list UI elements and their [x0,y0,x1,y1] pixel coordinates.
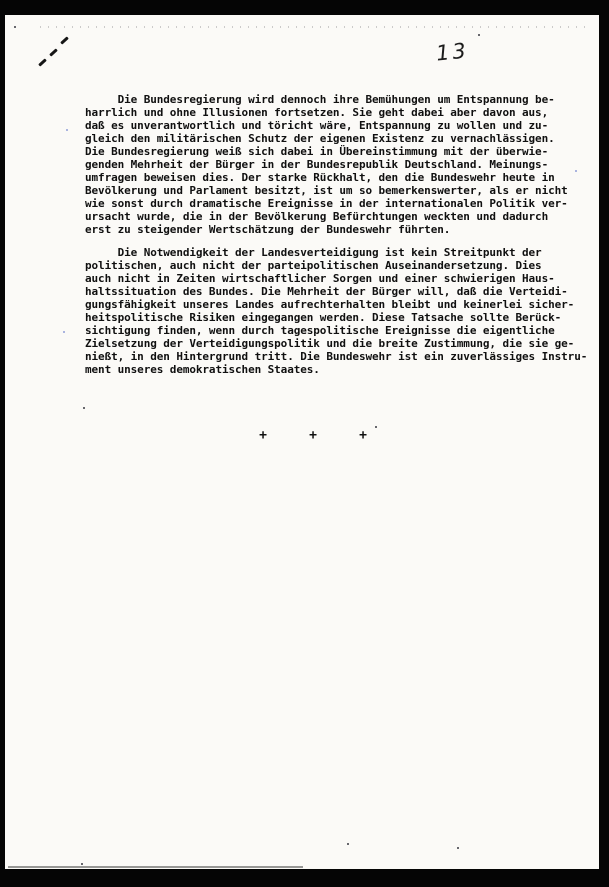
scan-frame-top [0,0,609,15]
text-line: ursacht wurde, die in der Bevölkerung Be… [85,210,597,223]
scan-frame-bottom [0,869,609,887]
scan-speck [83,407,85,409]
text-line: nießt, in den Hintergrund tritt. Die Bun… [85,350,597,363]
scan-speck [81,863,83,865]
text-line: Die Bundesregierung wird dennoch ihre Be… [85,93,597,106]
text-line: daß es unverantwortlich und töricht wäre… [85,119,597,132]
text-line: Zielsetzung der Verteidigungspolitik und… [85,337,597,350]
text-line: ment unseres demokratischen Staates. [85,363,597,376]
text-line: gleich den militärischen Schutz der eige… [85,132,597,145]
scan-noise-streak [8,866,303,868]
text-line: auch nicht in Zeiten wirtschaftlicher So… [85,272,597,285]
text-line: erst zu steigender Wertschätzung der Bun… [85,223,597,236]
handwritten-page-number: 13 [435,38,470,65]
text-line: gungsfähigkeit unseres Landes aufrechter… [85,298,597,311]
text-line: politischen, auch nicht der parteipoliti… [85,259,597,272]
pen-mark-dash [60,36,69,44]
scan-speck [14,26,16,28]
text-line: + [306,428,320,443]
text-line: haltssituation des Bundes. Die Mehrheit … [85,285,597,298]
scanned-document-page: 13 Die Bundesregierung wird dennoch ihre… [0,0,609,887]
scan-speck [347,843,349,845]
scan-frame-right [599,0,609,887]
text-line: heitspolitische Risiken eingegangen werd… [85,311,597,324]
scan-speck [375,426,377,428]
text-line: harrlich und ohne Illusionen fortsetzen.… [85,106,597,119]
text-line: umfragen beweisen dies. Der starke Rückh… [85,171,597,184]
pen-mark-dash [49,48,58,56]
scan-speck [63,331,65,333]
text-line: wie sonst durch dramatische Ereignisse i… [85,197,597,210]
pen-mark-dash [38,58,47,66]
text-line: genden Mehrheit der Bürger in der Bundes… [85,158,597,171]
scan-speck [478,34,480,36]
text-line: + [356,428,370,443]
text-line: + [256,428,270,443]
body-paragraph-2: Die Notwendigkeit der Landesverteidigung… [85,246,597,376]
text-line: sichtigung finden, wenn durch tagespolit… [85,324,597,337]
text-line: Die Notwendigkeit der Landesverteidigung… [85,246,597,259]
scan-speck [66,129,68,131]
scan-frame-left [0,0,5,887]
plus-separator-marks: +++ [256,428,370,443]
body-paragraph-1: Die Bundesregierung wird dennoch ihre Be… [85,93,597,236]
scan-speck [457,847,459,849]
text-line: Die Bundesregierung weiß sich dabei in Ü… [85,145,597,158]
scan-noise-line [40,26,585,28]
text-line: Bevölkerung und Parlament besitzt, ist u… [85,184,597,197]
